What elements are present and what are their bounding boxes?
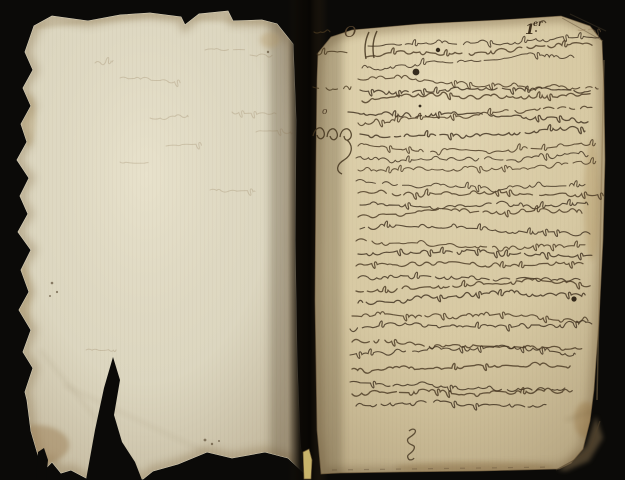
ink-speck xyxy=(218,440,220,442)
ink-blot xyxy=(413,69,420,76)
ink-speck xyxy=(267,51,269,53)
ink-speck xyxy=(56,291,58,293)
left-page xyxy=(1,0,304,480)
folio-abbrev-dot xyxy=(535,30,537,32)
ink-speck xyxy=(211,443,213,445)
manuscript-scan-canvas: O o 1 er xyxy=(0,0,625,480)
gutter-o-mark: O xyxy=(344,23,356,41)
ink-speck xyxy=(204,439,207,442)
ink-blot xyxy=(571,296,576,301)
margin-o-mark: o xyxy=(322,107,328,117)
folio-number-suffix: er xyxy=(533,18,543,28)
document-scan: O o 1 er xyxy=(0,0,625,480)
ink-blot xyxy=(419,105,422,108)
ink-speck xyxy=(49,295,51,297)
ink-blot xyxy=(436,48,440,52)
left-page-texture xyxy=(17,11,303,479)
ink-speck xyxy=(51,282,54,285)
